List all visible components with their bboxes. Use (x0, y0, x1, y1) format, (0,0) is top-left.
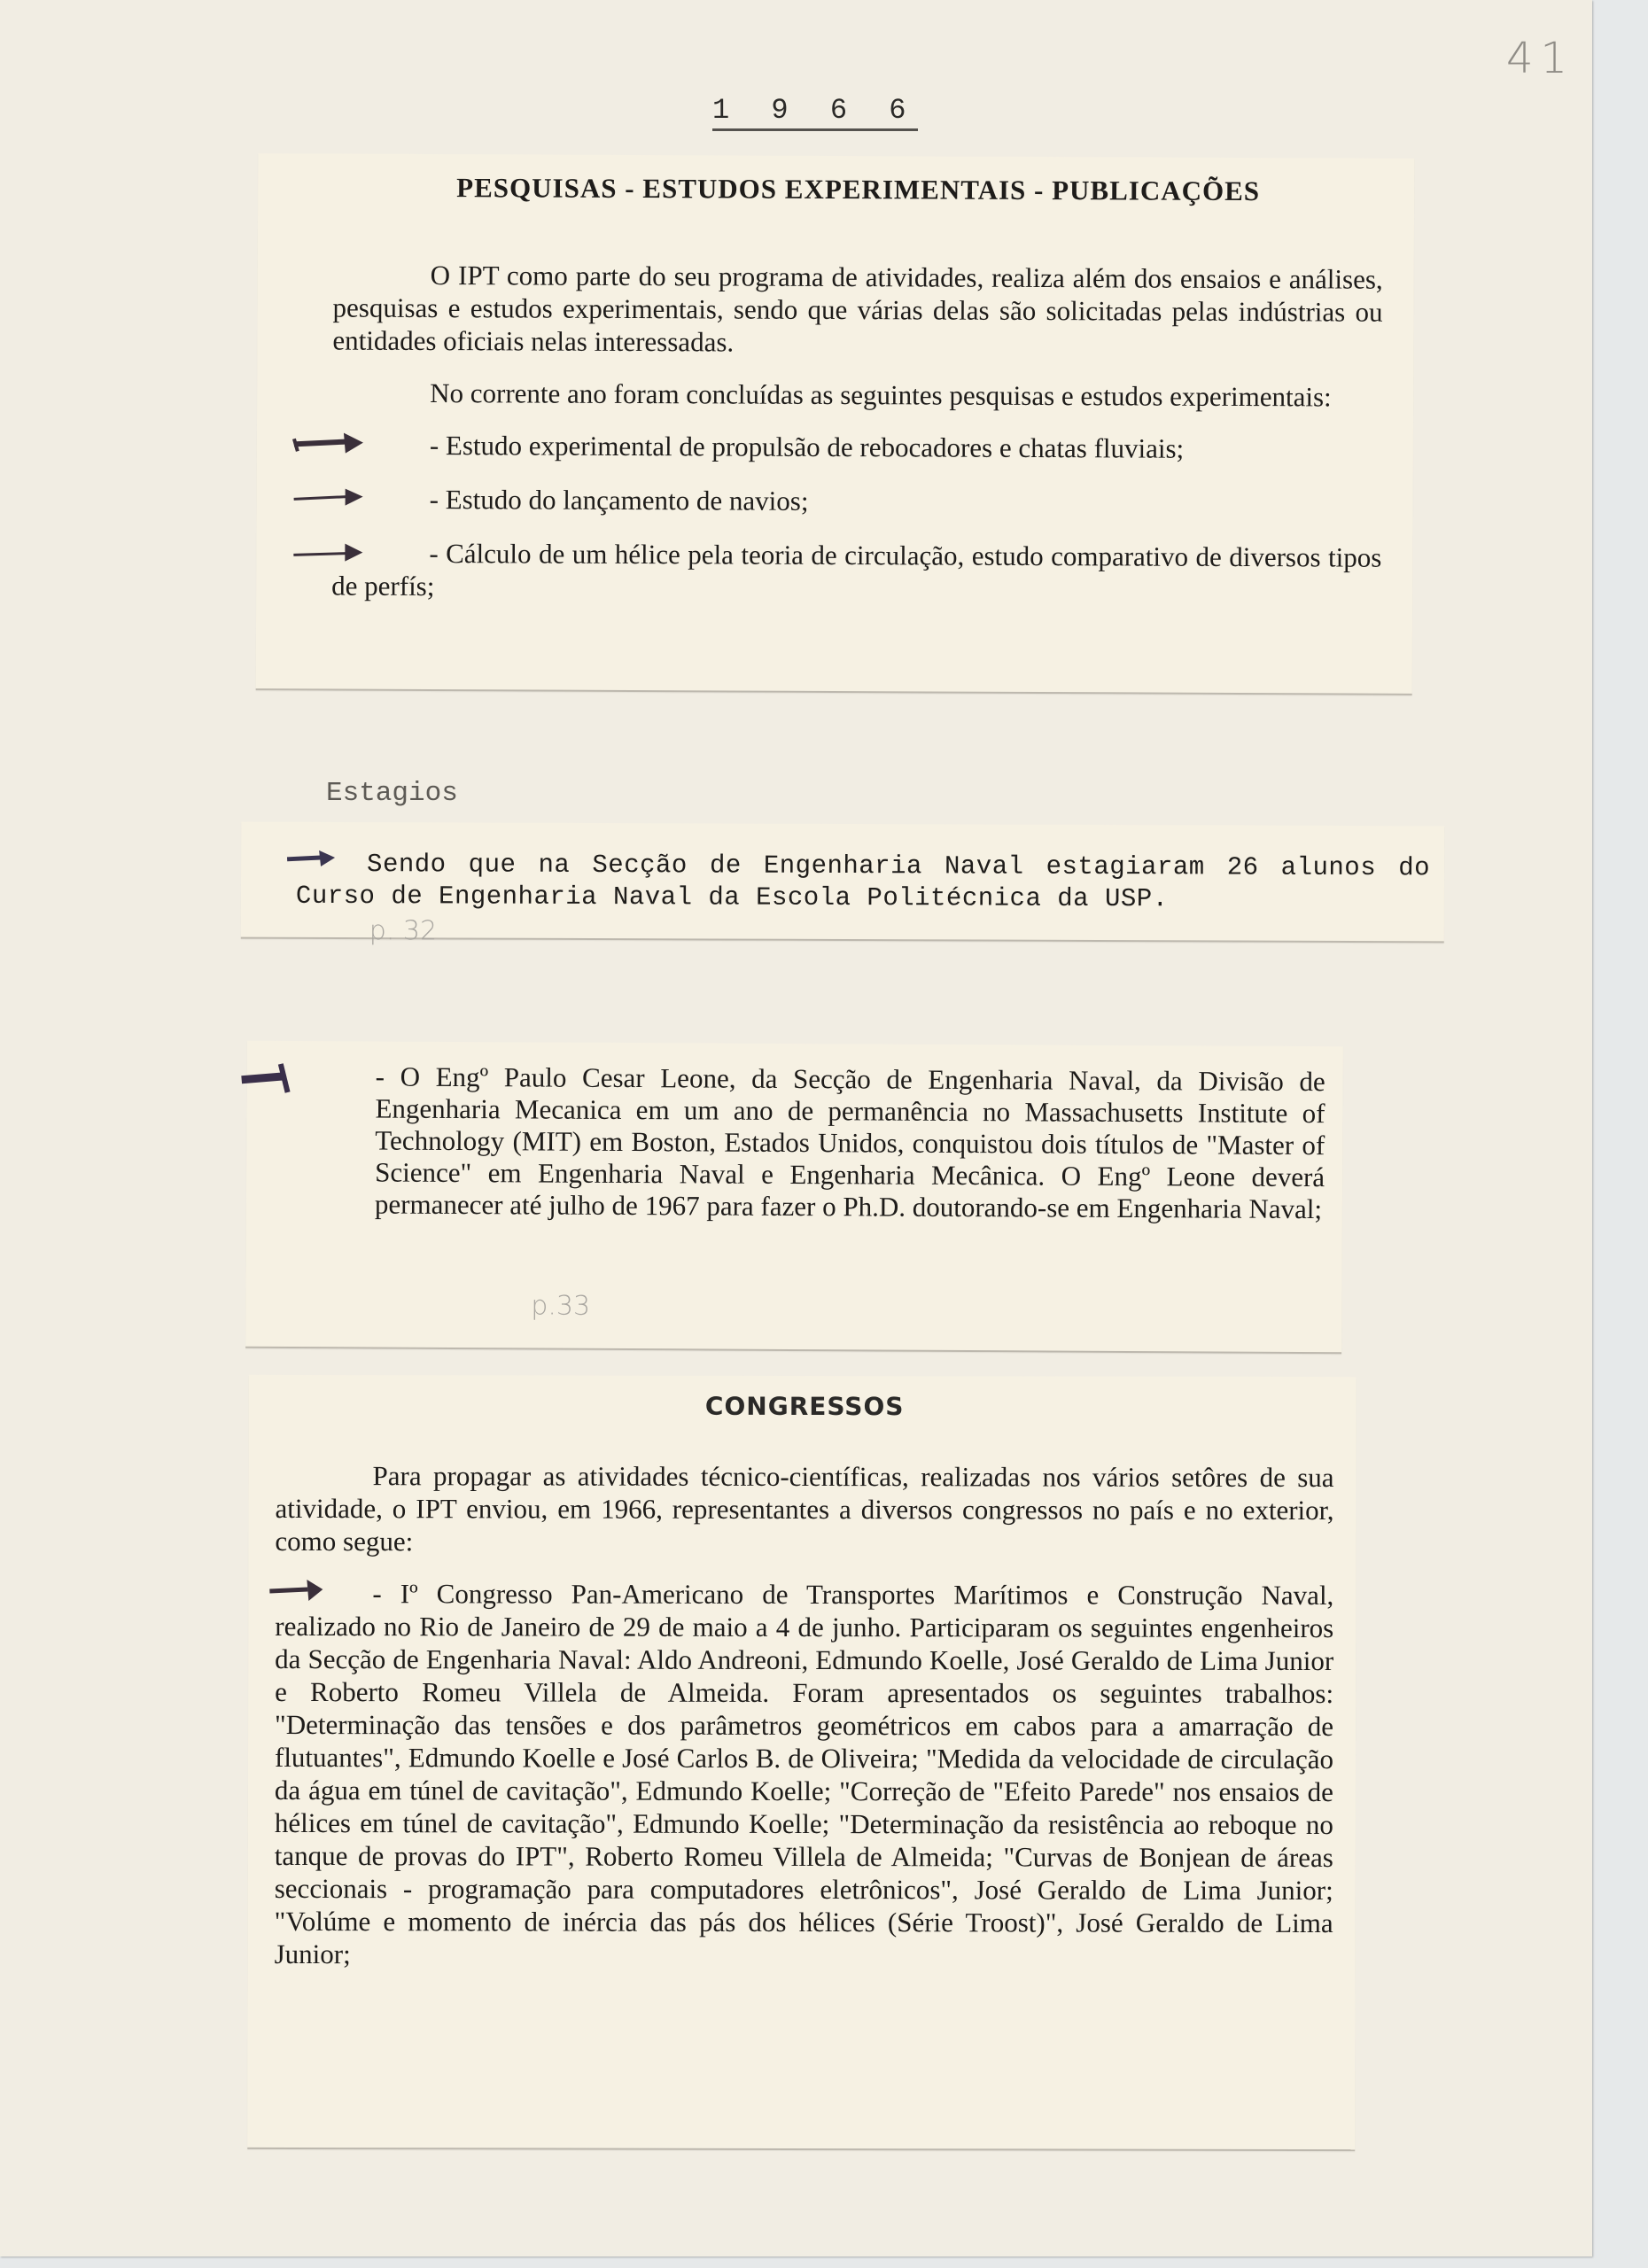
document-page: 41 1 9 6 6 PESQUISAS - ESTUDOS EXPERIMEN… (0, 0, 1592, 2256)
engineer-note-text: - O Engº Paulo Cesar Leone, da Secção de… (375, 1061, 1325, 1226)
arrow-right-icon (292, 430, 372, 456)
internships-item: Sendo que na Secção de Engenharia Naval … (296, 849, 1430, 916)
congresses-section-title: CONGRESSOS (276, 1391, 1334, 1422)
research-item: - Estudo experimental de propulsão de re… (332, 429, 1382, 466)
internships-label: Estagios (326, 778, 458, 809)
research-intro-paragraph: O IPT como parte do seu programa de ativ… (332, 259, 1382, 361)
congresses-intro-paragraph: Para propagar as atividades técnico-cien… (275, 1459, 1333, 1559)
arrow-right-icon (268, 1577, 330, 1604)
engineer-note-item: - O Engº Paulo Cesar Leone, da Secção de… (375, 1061, 1325, 1226)
congress-item: - Iº Congresso Pan-Americano de Transpor… (275, 1577, 1334, 1972)
research-item-text: - Cálculo de um hélice pela teoria de ci… (331, 537, 1381, 607)
pencil-page-note: p. 32 (369, 915, 437, 946)
year-heading: 1 9 6 6 (712, 94, 918, 131)
pencil-page-note: p.33 (531, 1290, 590, 1321)
research-section-title: PESQUISAS - ESTUDOS EXPERIMENTAIS - PUBL… (333, 172, 1383, 208)
research-item: - Cálculo de um hélice pela teoria de ci… (331, 537, 1381, 607)
arrow-right-icon (292, 484, 372, 510)
research-clipping: PESQUISAS - ESTUDOS EXPERIMENTAIS - PUBL… (256, 153, 1415, 695)
research-lead-paragraph: No corrente ano foram concluídas as segu… (332, 377, 1382, 414)
congresses-clipping: CONGRESSOS Para propagar as atividades t… (247, 1375, 1356, 2151)
arrow-right-icon (238, 1060, 309, 1096)
arrow-right-icon (292, 538, 371, 564)
page-number: 41 (1506, 34, 1574, 83)
internships-clipping: Sendo que na Secção de Engenharia Naval … (241, 822, 1444, 944)
research-item-text: - Estudo experimental de propulsão de re… (332, 429, 1382, 466)
arrow-right-icon (285, 849, 338, 868)
internships-text: Sendo que na Secção de Engenharia Naval … (296, 849, 1430, 916)
research-item: - Estudo do lançamento de navios; (332, 483, 1382, 520)
congress-item-text: - Iº Congresso Pan-Americano de Transpor… (275, 1577, 1334, 1972)
engineer-note-clipping: - O Engº Paulo Cesar Leone, da Secção de… (245, 1041, 1343, 1354)
research-item-text: - Estudo do lançamento de navios; (332, 483, 1382, 520)
